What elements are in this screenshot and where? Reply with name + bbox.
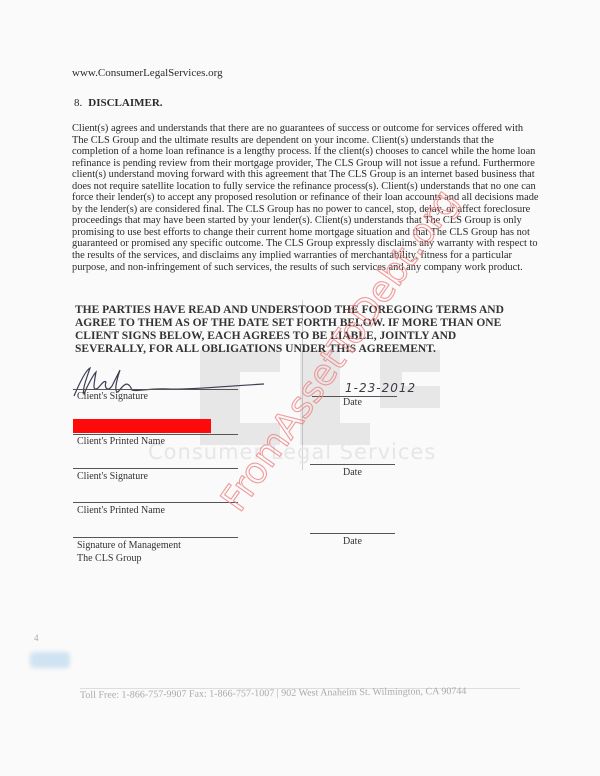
client-signature-line-2 (73, 468, 238, 469)
client-signature-label-2: Client's Signature (77, 471, 148, 482)
client-signature-line-1 (73, 389, 238, 390)
section-title: DISCLAIMER. (88, 97, 162, 109)
date-line-3 (310, 533, 395, 534)
agreement-statement: THE PARTIES HAVE READ AND UNDERSTOOD THE… (75, 304, 515, 356)
client-signature-label-1: Client's Signature (77, 391, 148, 402)
website-url: www.ConsumerLegalServices.org (72, 67, 223, 79)
section-number: 8. (74, 97, 82, 109)
page-number: 4 (34, 633, 39, 643)
management-org-label: The CLS Group (77, 553, 141, 564)
scanned-document-page: Consumer Legal Services www.ConsumerLega… (0, 0, 600, 776)
date-line-2 (310, 464, 395, 465)
client-printed-name-label-2: Client's Printed Name (77, 505, 165, 516)
date-label-1: Date (343, 397, 362, 408)
client-printed-name-label-1: Client's Printed Name (77, 436, 165, 447)
client-printed-name-line-1 (73, 434, 238, 435)
handwritten-date: 1-23-2012 (345, 381, 416, 395)
redacted-printed-name (73, 419, 211, 433)
management-signature-label: Signature of Management (77, 540, 181, 551)
scan-smudge (30, 652, 70, 668)
date-label-3: Date (343, 536, 362, 547)
section-heading: 8.DISCLAIMER. (74, 97, 163, 109)
date-label-2: Date (343, 467, 362, 478)
